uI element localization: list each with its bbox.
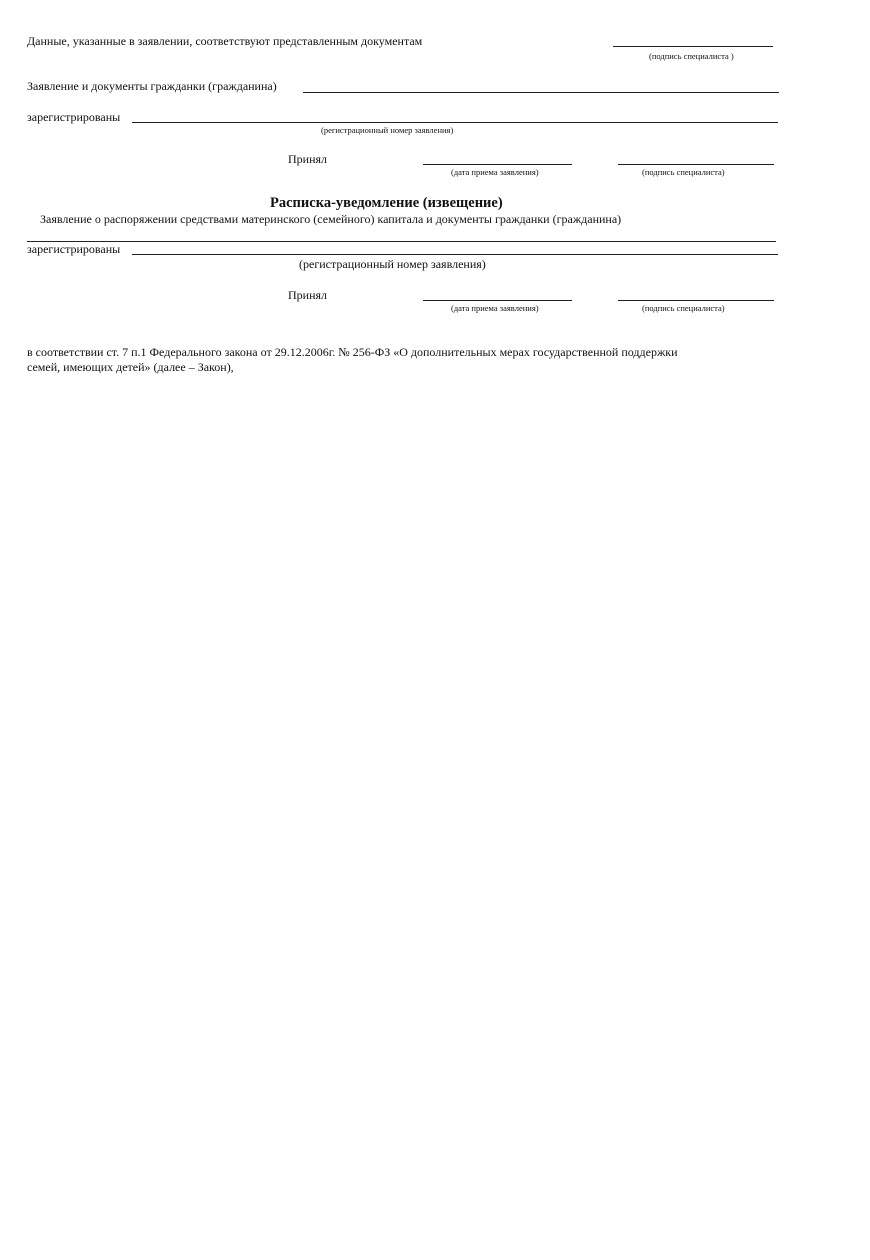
receipt-application-text: Заявление о распоряжении средствами мате… <box>40 212 621 227</box>
specialist-signature-caption-1: (подпись специалиста ) <box>649 51 734 61</box>
data-check-statement: Данные, указанные в заявлении, соответст… <box>27 34 422 49</box>
acceptance-date-caption-2: (дата приема заявления) <box>451 303 539 313</box>
registered-label-1: зарегистрированы <box>27 110 120 125</box>
application-docs-label: Заявление и документы гражданки (граждан… <box>27 79 277 94</box>
registration-number-caption-2: (регистрационный номер заявления) <box>299 257 486 272</box>
law-reference-line-2: семей, имеющих детей» (далее – Закон), <box>27 360 234 375</box>
registration-number-field-1[interactable] <box>132 122 778 123</box>
accepted-label-1: Принял <box>288 152 327 167</box>
acceptance-date-field-1[interactable] <box>423 164 572 165</box>
citizen-name-field[interactable] <box>303 92 779 93</box>
accepted-label-2: Принял <box>288 288 327 303</box>
law-reference-line-1: в соответствии ст. 7 п.1 Федерального за… <box>27 345 678 360</box>
specialist-signature-line-1[interactable] <box>613 46 773 47</box>
citizen-name-field-2[interactable] <box>27 241 776 242</box>
registration-number-field-2[interactable] <box>132 254 778 255</box>
specialist-signature-line-2[interactable] <box>618 164 774 165</box>
receipt-title: Расписка-уведомление (извещение) <box>270 195 503 212</box>
specialist-signature-line-3[interactable] <box>618 300 774 301</box>
acceptance-date-field-2[interactable] <box>423 300 572 301</box>
specialist-signature-caption-2: (подпись специалиста) <box>642 167 725 177</box>
specialist-signature-caption-3: (подпись специалиста) <box>642 303 725 313</box>
acceptance-date-caption-1: (дата приема заявления) <box>451 167 539 177</box>
registered-label-2: зарегистрированы <box>27 242 120 257</box>
registration-number-caption-1: (регистрационный номер заявления) <box>321 125 453 135</box>
